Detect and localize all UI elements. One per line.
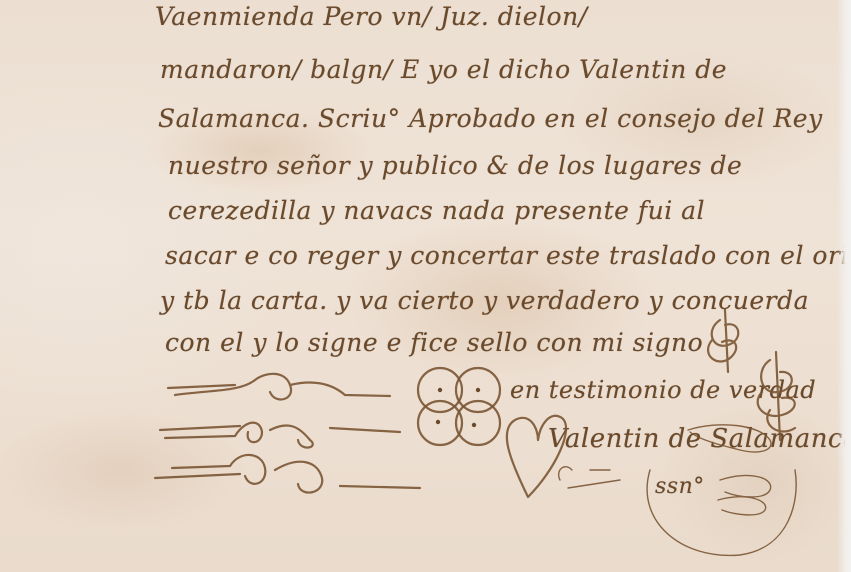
page-edge [837, 0, 851, 572]
manuscript-page: Vaenmienda Pero vn/ Juz. dielon/ mandaro… [0, 0, 851, 572]
signum-knot-icon [708, 310, 795, 440]
flourish-strokes-icon [0, 0, 851, 572]
notary-signum-icon [418, 368, 500, 445]
